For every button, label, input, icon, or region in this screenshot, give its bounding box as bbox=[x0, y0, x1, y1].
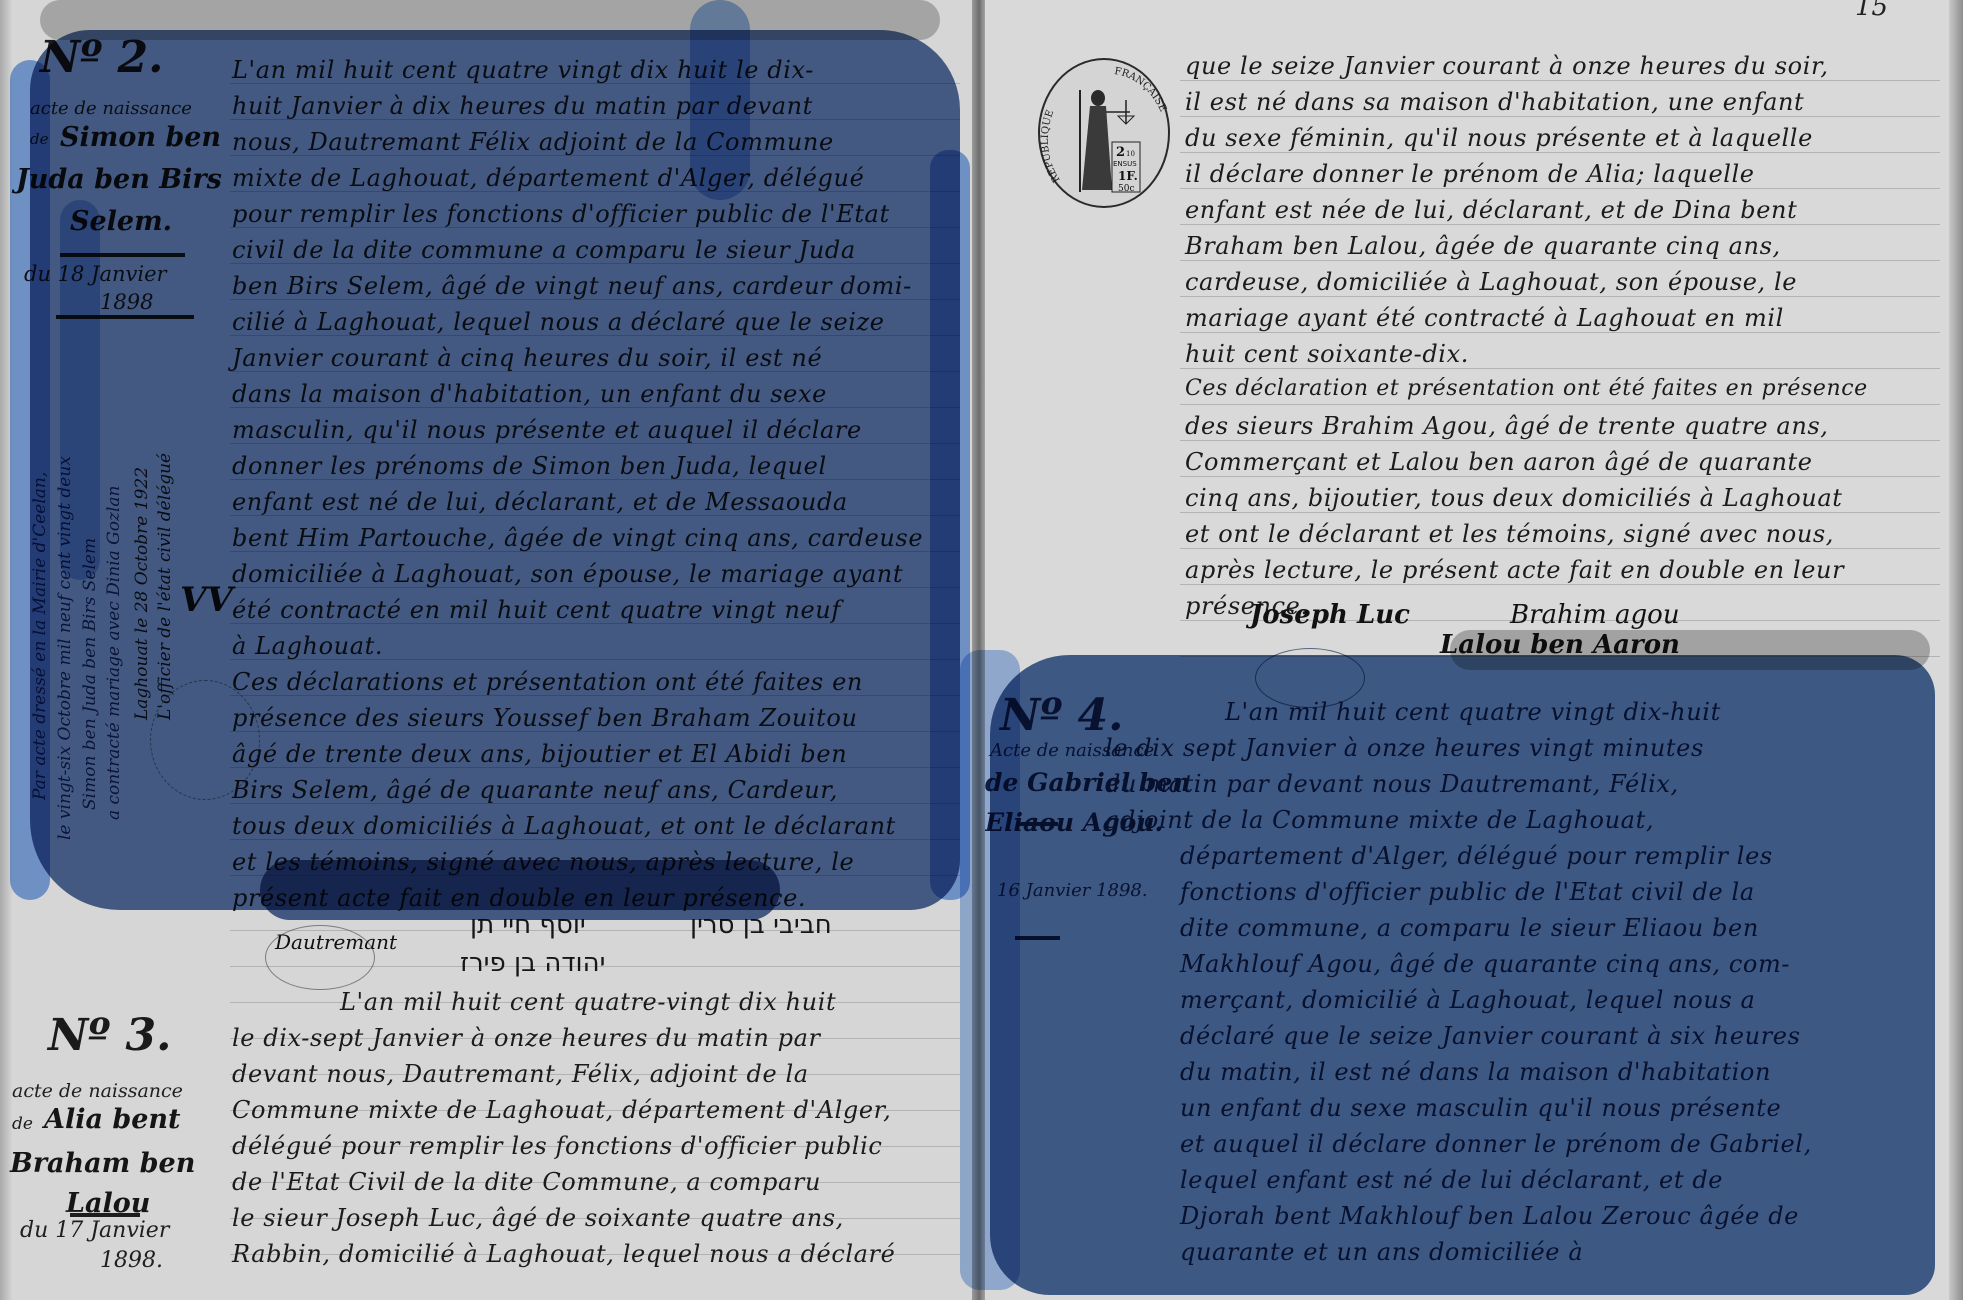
text-line: et les témoins, signé avec nous, après l… bbox=[232, 850, 854, 874]
margin-name: Simon ben bbox=[60, 122, 221, 153]
margin-note: Simon ben Juda ben Birs Selem bbox=[80, 538, 100, 810]
hebrew-signature: יוסף חיי תן bbox=[470, 910, 586, 940]
page-edge bbox=[1949, 0, 1963, 1300]
text-line: Commune mixte de Laghouat, département d… bbox=[232, 1098, 891, 1122]
text-line: devant nous, Dautremant, Félix, adjoint … bbox=[232, 1062, 809, 1086]
svg-text:2: 2 bbox=[1116, 145, 1125, 160]
text-line: et auquel il déclare donner le prénom de… bbox=[1180, 1132, 1812, 1156]
margin-name-prefix: de bbox=[30, 130, 48, 148]
margin-name: Selem. bbox=[70, 206, 172, 237]
text-line: Janvier courant à cinq heures du soir, i… bbox=[232, 346, 822, 370]
margin-note: Par acte dressé en la Mairie d'Ceelan, bbox=[30, 472, 50, 800]
text-line: L'an mil huit cent quatre vingt dix huit… bbox=[232, 58, 814, 82]
text-line: bent Him Partouche, âgée de vingt cinq a… bbox=[232, 526, 923, 550]
text-line: enfant est né de lui, déclarant, et de M… bbox=[232, 490, 848, 514]
text-line: lequel enfant est né de lui déclarant, e… bbox=[1180, 1168, 1723, 1192]
ruled-line bbox=[1180, 584, 1940, 585]
entry-number: Nº 2. bbox=[40, 32, 163, 83]
margin-divider bbox=[70, 1213, 140, 1217]
margin-name: Juda ben Birs bbox=[16, 164, 222, 195]
margin-name-prefix: de bbox=[12, 1114, 33, 1134]
text-line: masculin, qu'il nous présente et auquel … bbox=[232, 418, 862, 442]
text-line: ben Birs Selem, âgé de vingt neuf ans, c… bbox=[232, 274, 912, 298]
document-spread: Nº 2. acte de naissance de Simon ben Jud… bbox=[0, 0, 1963, 1300]
ruled-line bbox=[1180, 548, 1940, 549]
text-line: du matin, il est né dans la maison d'hab… bbox=[1180, 1060, 1771, 1084]
ruled-line bbox=[1180, 152, 1940, 153]
ruled-line bbox=[1180, 332, 1940, 333]
hebrew-signature: יהודה בן פירז bbox=[460, 948, 605, 978]
ruled-line bbox=[1180, 80, 1940, 81]
text-line: huit cent soixante-dix. bbox=[1185, 342, 1469, 366]
text-line: quarante et un ans domiciliée à bbox=[1180, 1240, 1583, 1264]
text-line: du matin par devant nous Dautremant, Fél… bbox=[1105, 772, 1679, 796]
margin-note: Laghouat le 28 Octobre 1922 bbox=[132, 467, 152, 720]
text-line: âgé de trente deux ans, bijoutier et El … bbox=[232, 742, 847, 766]
text-line: Makhlouf Agou, âgé de quarante cinq ans,… bbox=[1180, 952, 1790, 976]
ruled-line bbox=[1180, 440, 1940, 441]
text-line: Djorah bent Makhlouf ben Lalou Zerouc âg… bbox=[1180, 1204, 1799, 1228]
text-line: présent acte fait en double en leur prés… bbox=[232, 886, 806, 910]
text-line: du sexe féminin, qu'il nous présente et … bbox=[1185, 126, 1813, 150]
text-line: enfant est née de lui, déclarant, et de … bbox=[1185, 198, 1797, 222]
text-line: que le seize Janvier courant à onze heur… bbox=[1185, 54, 1829, 78]
margin-date: du 17 Janvier bbox=[20, 1218, 169, 1243]
margin-initials: VV bbox=[180, 580, 233, 620]
text-line: un enfant du sexe masculin qu'il nous pr… bbox=[1180, 1096, 1781, 1120]
margin-note: le vingt-six Octobre mil neuf cent vingt… bbox=[55, 456, 75, 840]
text-line: cilié à Laghouat, lequel nous a déclaré … bbox=[232, 310, 885, 334]
text-line: L'an mil huit cent quatre vingt dix-huit bbox=[1225, 700, 1721, 724]
margin-label: acte de naissance bbox=[30, 98, 192, 119]
text-line: tous deux domiciliés à Laghouat, et ont … bbox=[232, 814, 896, 838]
text-line: Birs Selem, âgé de quarante neuf ans, Ca… bbox=[232, 778, 838, 802]
text-line: le dix sept Janvier à onze heures vingt … bbox=[1105, 736, 1704, 760]
text-line: été contracté en mil huit cent quatre vi… bbox=[232, 598, 841, 622]
text-line: département d'Alger, délégué pour rempli… bbox=[1180, 844, 1773, 868]
text-line: et ont le déclarant et les témoins, sign… bbox=[1185, 522, 1834, 546]
text-line: déclaré que le seize Janvier courant à s… bbox=[1180, 1024, 1801, 1048]
margin-divider bbox=[56, 315, 194, 319]
justice-figure-icon: REPUBLIQUE FRANÇAISE 2 10 ENSUS 1F. 50c bbox=[1040, 60, 1172, 210]
text-line: délégué pour remplir les fonctions d'off… bbox=[232, 1134, 882, 1158]
text-line: fonctions d'officier public de l'Etat ci… bbox=[1180, 880, 1755, 904]
margin-date: 1898. bbox=[100, 1248, 163, 1273]
svg-text:REPUBLIQUE: REPUBLIQUE bbox=[1040, 109, 1063, 185]
text-line: des sieurs Brahim Agou, âgé de trente qu… bbox=[1185, 414, 1829, 438]
ruled-line bbox=[1180, 188, 1940, 189]
svg-text:50c: 50c bbox=[1118, 184, 1135, 194]
right-page: 15 REPUBLIQUE FRANÇAISE bbox=[985, 0, 1963, 1300]
text-line: mariage ayant été contracté à Laghouat e… bbox=[1185, 306, 1784, 330]
ruled-line bbox=[1180, 116, 1940, 117]
witness-signature: Lalou ben Aaron bbox=[1440, 630, 1680, 660]
text-line: présence des sieurs Youssef ben Braham Z… bbox=[232, 706, 858, 730]
margin-name: Alia bent bbox=[44, 1104, 181, 1135]
text-line: à Laghouat. bbox=[232, 634, 383, 658]
text-line: après lecture, le présent acte fait en d… bbox=[1185, 558, 1844, 582]
text-line: mixte de Laghouat, département d'Alger, … bbox=[232, 166, 864, 190]
text-line: cardeuse, domiciliée à Laghouat, son épo… bbox=[1185, 270, 1797, 294]
text-line: Rabbin, domicilié à Laghouat, lequel nou… bbox=[232, 1242, 895, 1266]
page-number: 15 bbox=[1855, 0, 1888, 22]
text-line: merçant, domicilié à Laghouat, lequel no… bbox=[1180, 988, 1755, 1012]
witness-signature: Brahim agou bbox=[1510, 600, 1680, 630]
text-line: cinq ans, bijoutier, tous deux domicilié… bbox=[1185, 486, 1843, 510]
margin-divider bbox=[1015, 936, 1060, 940]
text-line: Commerçant et Lalou ben aaron âgé de qua… bbox=[1185, 450, 1813, 474]
hebrew-signature: חביבי בן סרין bbox=[690, 910, 832, 940]
text-line: Braham ben Lalou, âgée de quarante cinq … bbox=[1185, 234, 1781, 258]
svg-text:ENSUS: ENSUS bbox=[1113, 160, 1137, 168]
margin-divider bbox=[1018, 822, 1058, 826]
officer-signature: Dautremant bbox=[275, 930, 397, 954]
text-line: civil de la dite commune a comparu le si… bbox=[232, 238, 856, 262]
ruled-line bbox=[1180, 224, 1940, 225]
text-line: pour remplir les fonctions d'officier pu… bbox=[232, 202, 890, 226]
margin-note: a contracté mariage avec Dinia Gozlan bbox=[104, 486, 124, 820]
text-line: adjoint de la Commune mixte de Laghouat, bbox=[1105, 808, 1654, 832]
ruled-line bbox=[1180, 404, 1940, 405]
page-edge bbox=[0, 0, 12, 1300]
text-line: il est né dans sa maison d'habitation, u… bbox=[1185, 90, 1804, 114]
margin-name: Braham ben bbox=[10, 1148, 195, 1179]
text-line: L'an mil huit cent quatre-vingt dix huit bbox=[340, 990, 836, 1014]
text-line: donner les prénoms de Simon ben Juda, le… bbox=[232, 454, 827, 478]
text-line: nous, Dautremant Félix adjoint de la Com… bbox=[232, 130, 834, 154]
margin-date: 16 Janvier 1898. bbox=[997, 880, 1148, 901]
svg-text:FRANÇAISE: FRANÇAISE bbox=[1113, 66, 1168, 114]
witness-signature: Joseph Luc bbox=[1250, 600, 1410, 630]
revenue-stamp: REPUBLIQUE FRANÇAISE 2 10 ENSUS 1F. 50c bbox=[1038, 58, 1170, 208]
svg-text:1F.: 1F. bbox=[1118, 169, 1138, 183]
text-line: le sieur Joseph Luc, âgé de soixante qua… bbox=[232, 1206, 844, 1230]
svg-text:10: 10 bbox=[1126, 150, 1135, 158]
left-page: Nº 2. acte de naissance de Simon ben Jud… bbox=[0, 0, 980, 1300]
margin-date: 1898 bbox=[100, 290, 153, 314]
entry-number: Nº 3. bbox=[48, 1010, 171, 1061]
ruled-line bbox=[1180, 296, 1940, 297]
text-line: Ces déclaration et présentation ont été … bbox=[1185, 378, 1868, 400]
margin-date: du 18 Janvier bbox=[24, 262, 167, 286]
ruled-line bbox=[1180, 476, 1940, 477]
text-line: Ces déclarations et présentation ont été… bbox=[232, 670, 863, 694]
text-line: de l'Etat Civil de la dite Commune, a co… bbox=[232, 1170, 821, 1194]
redaction-overlay bbox=[40, 0, 940, 40]
text-line: huit Janvier à dix heures du matin par d… bbox=[232, 94, 813, 118]
text-line: il déclare donner le prénom de Alia; laq… bbox=[1185, 162, 1755, 186]
text-line: dite commune, a comparu le sieur Eliaou … bbox=[1180, 916, 1759, 940]
text-line: le dix-sept Janvier à onze heures du mat… bbox=[232, 1026, 821, 1050]
ruled-line bbox=[1180, 368, 1940, 369]
margin-label: acte de naissance bbox=[12, 1080, 183, 1102]
ruled-line bbox=[1180, 260, 1940, 261]
text-line: domiciliée à Laghouat, son épouse, le ma… bbox=[232, 562, 903, 586]
margin-note: L'officier de l'état civil délégué bbox=[155, 453, 175, 720]
ruled-line bbox=[1180, 512, 1940, 513]
margin-divider bbox=[60, 253, 185, 257]
text-line: dans la maison d'habitation, un enfant d… bbox=[232, 382, 827, 406]
